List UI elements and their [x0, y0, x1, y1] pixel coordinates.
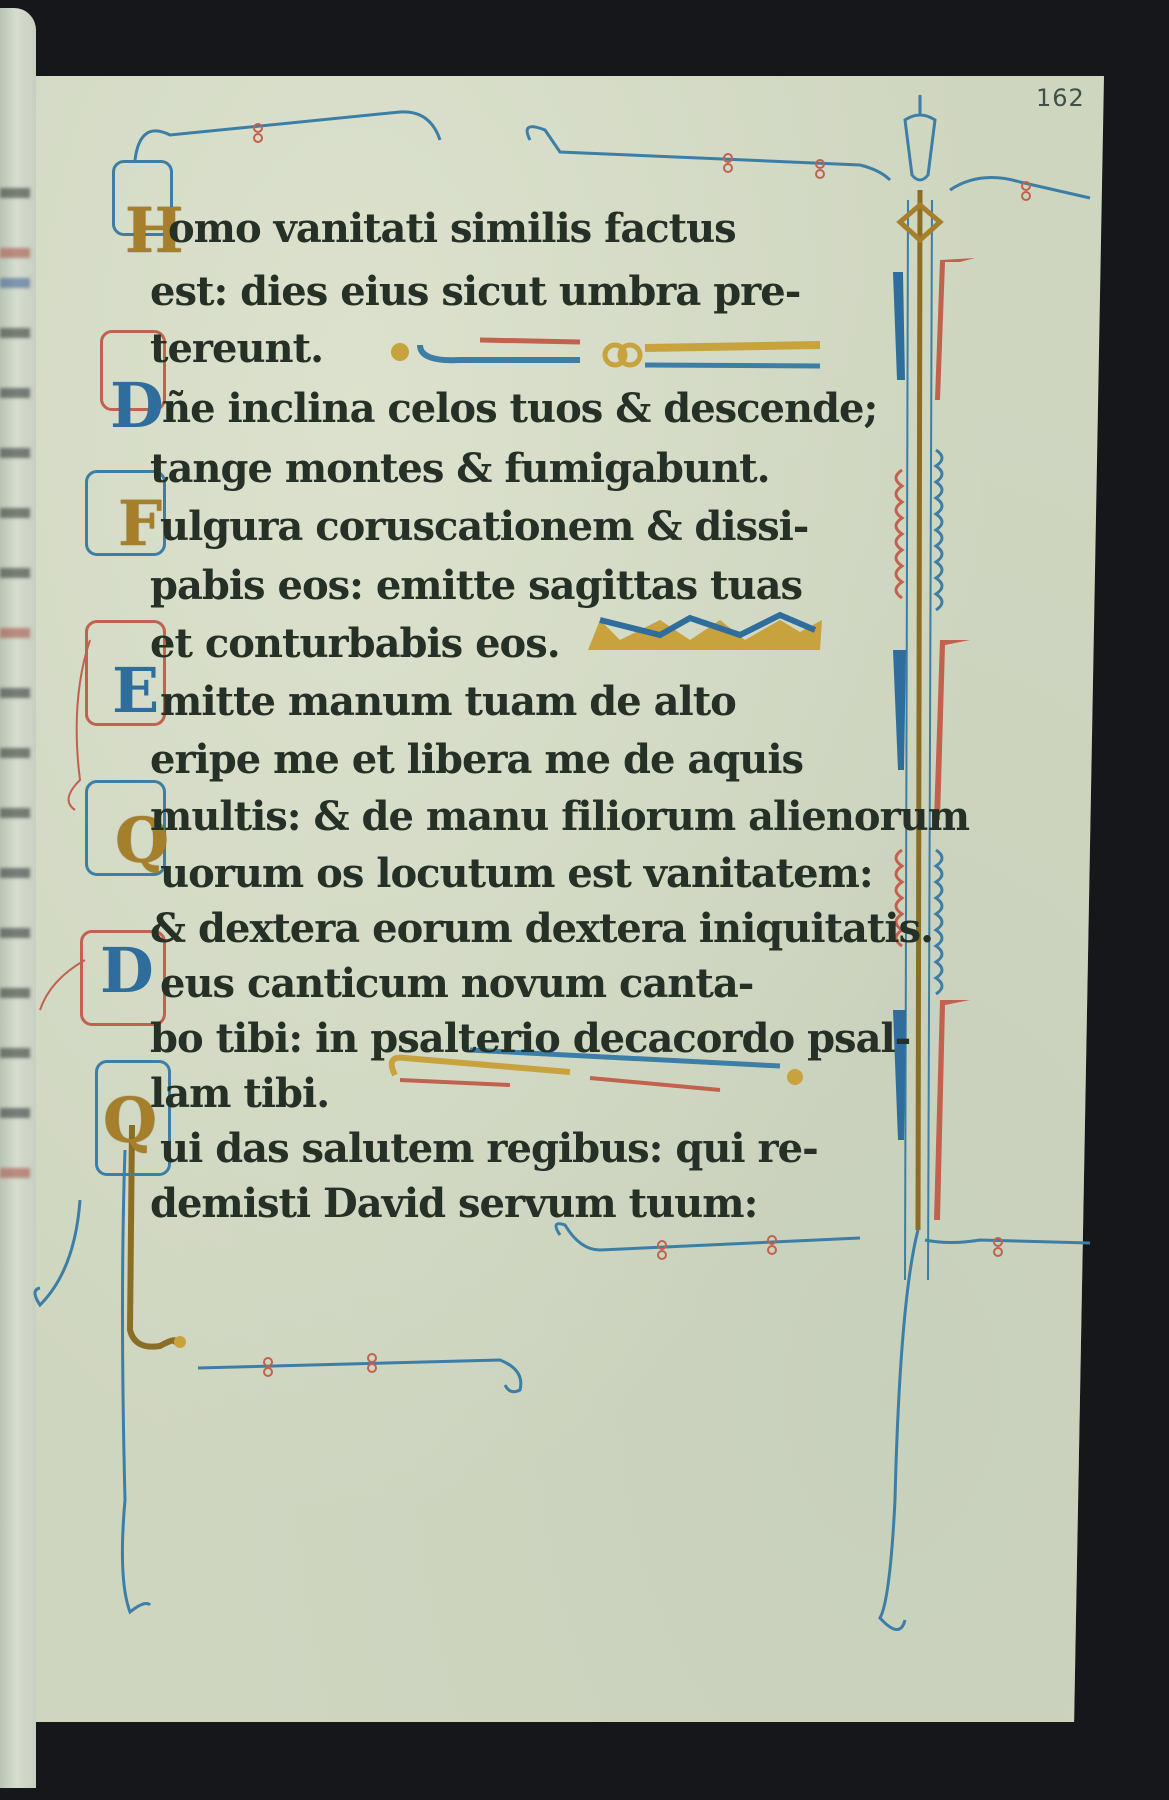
text-line-4: ñe inclina celos tuos & descende; — [162, 385, 877, 432]
text-line-2: est: dies eius sicut umbra pre- — [150, 268, 800, 315]
text-line-1: omo vanitati similis factus — [168, 205, 736, 252]
text-line-14: eus canticum novum canta- — [160, 960, 753, 1007]
text-line-5: tange montes & fumigabunt. — [150, 445, 770, 492]
text-line-17: ui das salutem regibus: qui re- — [160, 1125, 818, 1172]
text-line-6: ulgura coruscationem & dissi- — [160, 503, 808, 550]
initial-D: D — [110, 375, 164, 437]
text-line-10: eripe me et libera me de aquis — [150, 736, 803, 783]
text-line-15: bo tibi: in psalterio decacordo psal- — [150, 1015, 910, 1062]
text-line-7: pabis eos: emitte sagittas tuas — [150, 562, 802, 609]
text-line-11: multis: & de manu filiorum alienorum — [150, 793, 969, 840]
text-line-9: mitte manum tuam de alto — [160, 678, 736, 725]
initial-Q2: Q — [103, 1090, 157, 1152]
initial-F: F — [118, 493, 162, 555]
line-filler-2 — [588, 615, 822, 650]
text-line-13: & dextera eorum dextera iniquitatis. — [150, 905, 933, 952]
text-line-8: et conturbabis eos. — [150, 620, 560, 667]
text-line-16: lam tibi. — [150, 1070, 329, 1117]
line-filler-1 — [391, 340, 820, 366]
text-line-18: demisti David servum tuum: — [150, 1180, 757, 1227]
initial-D2: D — [100, 940, 154, 1002]
initial-E: E — [112, 660, 159, 722]
text-line-3: tereunt. — [150, 325, 323, 372]
folio-number: 162 — [1036, 84, 1085, 112]
text-line-12: uorum os locutum est vanitatem: — [160, 850, 873, 897]
